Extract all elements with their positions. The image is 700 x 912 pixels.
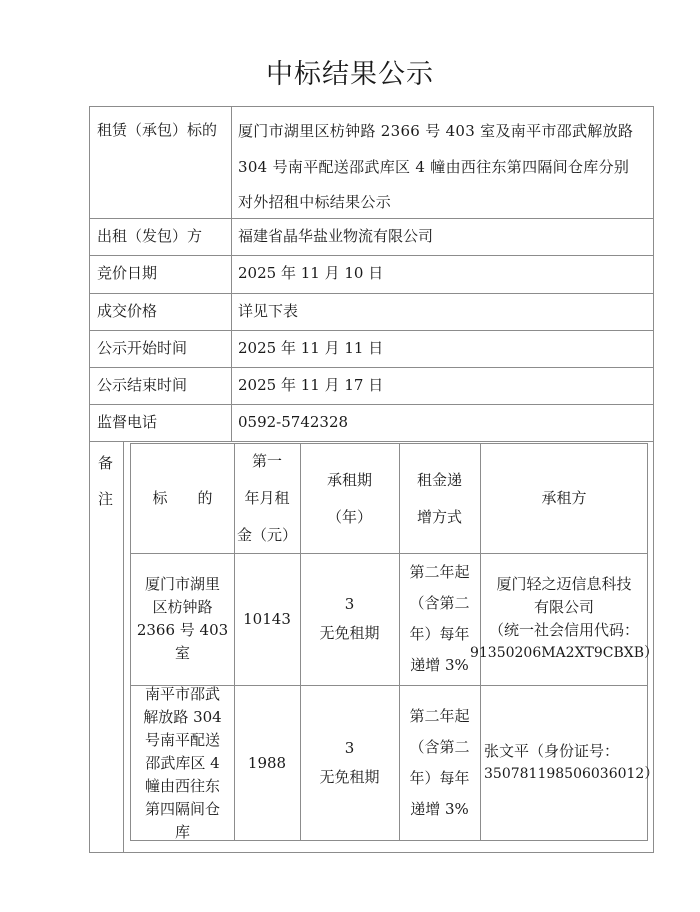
label-deal-price: 成交价格 xyxy=(97,293,157,330)
cell-text: 91350206MA2XT9CBXB） xyxy=(470,642,658,665)
column-divider xyxy=(231,107,232,441)
cell-text: 邵武库区 4 xyxy=(145,752,219,775)
header-term: 承租期 （年） xyxy=(300,444,399,553)
label-hotline: 监督电话 xyxy=(97,404,157,441)
cell-text: 张文平（身份证号： xyxy=(484,740,619,763)
header-lessee: 承租方 xyxy=(480,444,648,553)
value-subject-line-3: 对外招租中标结果公示 xyxy=(238,191,391,212)
header-monthly-rent: 第一 年月租 金（元） xyxy=(234,444,300,553)
cell-text: 号南平配送 xyxy=(145,729,220,752)
bid-result-table: 标 的 第一 年月租 金（元） 承租期 （年） 租金递 增方式 承租方 厦门市湖… xyxy=(130,443,648,841)
cell-text: （含第二 xyxy=(409,588,469,619)
label-publicity-end: 公示结束时间 xyxy=(97,367,187,404)
cell-text: 年）每年 xyxy=(409,619,469,650)
header-text: 第一 xyxy=(252,443,282,480)
header-subject: 标 的 xyxy=(131,444,234,553)
label-bid-date: 竞价日期 xyxy=(97,255,157,292)
header-text: 标 的 xyxy=(152,480,212,517)
row2-subject: 南平市邵武 解放路 304 号南平配送 邵武库区 4 幢由西往东 第四隔间仓 库 xyxy=(131,685,234,841)
cell-text: 第二年起 xyxy=(409,557,469,588)
header-text: （年） xyxy=(327,499,372,536)
cell-text: 递增 3% xyxy=(410,794,469,825)
cell-text: 区枋钟路 xyxy=(152,596,212,619)
row2-increase: 第二年起 （含第二 年）每年 递增 3% xyxy=(399,685,480,841)
cell-text: 3 xyxy=(345,593,355,616)
cell-text: 无免租期 xyxy=(319,766,379,789)
cell-text: 无免租期 xyxy=(319,622,379,645)
value-hotline: 0592-5742328 xyxy=(238,404,348,441)
label-lessor: 出租（发包）方 xyxy=(97,218,202,255)
cell-text: 库 xyxy=(175,821,190,844)
cell-text: 南平市邵武 xyxy=(145,683,220,706)
row-divider xyxy=(90,404,653,405)
value-subject-line-1: 厦门市湖里区枋钟路 2366 号 403 室及南平市邵武解放路 xyxy=(238,120,633,141)
row2-monthly-rent: 1988 xyxy=(234,685,300,841)
row-divider xyxy=(90,293,653,294)
row-divider xyxy=(90,441,653,442)
result-table: 租赁（承包）标的 厦门市湖里区枋钟路 2366 号 403 室及南平市邵武解放路… xyxy=(89,106,654,853)
cell-text: 10143 xyxy=(243,608,291,631)
cell-text: 3 xyxy=(345,737,355,760)
header-text: 承租方 xyxy=(541,480,586,517)
row1-term: 3 无免租期 xyxy=(300,553,399,685)
cell-text: 厦门市湖里 xyxy=(145,573,220,596)
cell-text: 第二年起 xyxy=(409,701,469,732)
value-bid-date: 2025 年 11 月 10 日 xyxy=(238,255,383,292)
value-lessor: 福建省晶华盐业物流有限公司 xyxy=(238,218,433,255)
value-publicity-start: 2025 年 11 月 11 日 xyxy=(238,330,383,367)
header-text: 增方式 xyxy=(417,499,462,536)
row1-monthly-rent: 10143 xyxy=(234,553,300,685)
cell-text: 年）每年 xyxy=(409,763,469,794)
page-title: 中标结果公示 xyxy=(0,52,700,91)
header-text: 承租期 xyxy=(327,462,372,499)
label-publicity-start: 公示开始时间 xyxy=(97,330,187,367)
cell-text: 2366 号 403 xyxy=(137,619,228,642)
row1-subject: 厦门市湖里 区枋钟路 2366 号 403 室 xyxy=(131,553,234,685)
cell-text: 第四隔间仓 xyxy=(145,798,220,821)
cell-text: 有限公司 xyxy=(534,596,594,619)
header-increase: 租金递 增方式 xyxy=(399,444,480,553)
cell-text: 1988 xyxy=(248,752,286,775)
cell-text: 递增 3% xyxy=(410,650,469,681)
cell-text: 解放路 304 xyxy=(143,706,221,729)
row1-lessee: 厦门轻之迈信息科技 有限公司 （统一社会信用代码： 91350206MA2XT9… xyxy=(480,553,648,685)
cell-text: 厦门轻之迈信息科技 xyxy=(496,573,631,596)
cell-text: 幢由西往东 xyxy=(145,775,220,798)
cell-text: （含第二 xyxy=(409,732,469,763)
value-deal-price: 详见下表 xyxy=(238,293,298,330)
remarks-label-2: 注 xyxy=(98,488,113,509)
remarks-label-1: 备 xyxy=(98,452,113,473)
header-text: 年月租 xyxy=(244,480,289,517)
row1-increase: 第二年起 （含第二 年）每年 递增 3% xyxy=(399,553,480,685)
label-subject: 租赁（承包）标的 xyxy=(97,112,217,149)
column-divider xyxy=(123,441,124,852)
row2-lessee: 张文平（身份证号： 350781198506036012） xyxy=(480,685,648,841)
cell-text: 室 xyxy=(175,642,190,665)
cell-text: 350781198506036012） xyxy=(484,763,658,786)
row2-term: 3 无免租期 xyxy=(300,685,399,841)
value-publicity-end: 2025 年 11 月 17 日 xyxy=(238,367,383,404)
cell-text: （统一社会信用代码： xyxy=(489,619,639,642)
value-subject-line-2: 304 号南平配送邵武库区 4 幢由西往东第四隔间仓库分别 xyxy=(238,156,629,177)
header-text: 金（元） xyxy=(237,517,297,554)
header-text: 租金递 xyxy=(417,462,462,499)
